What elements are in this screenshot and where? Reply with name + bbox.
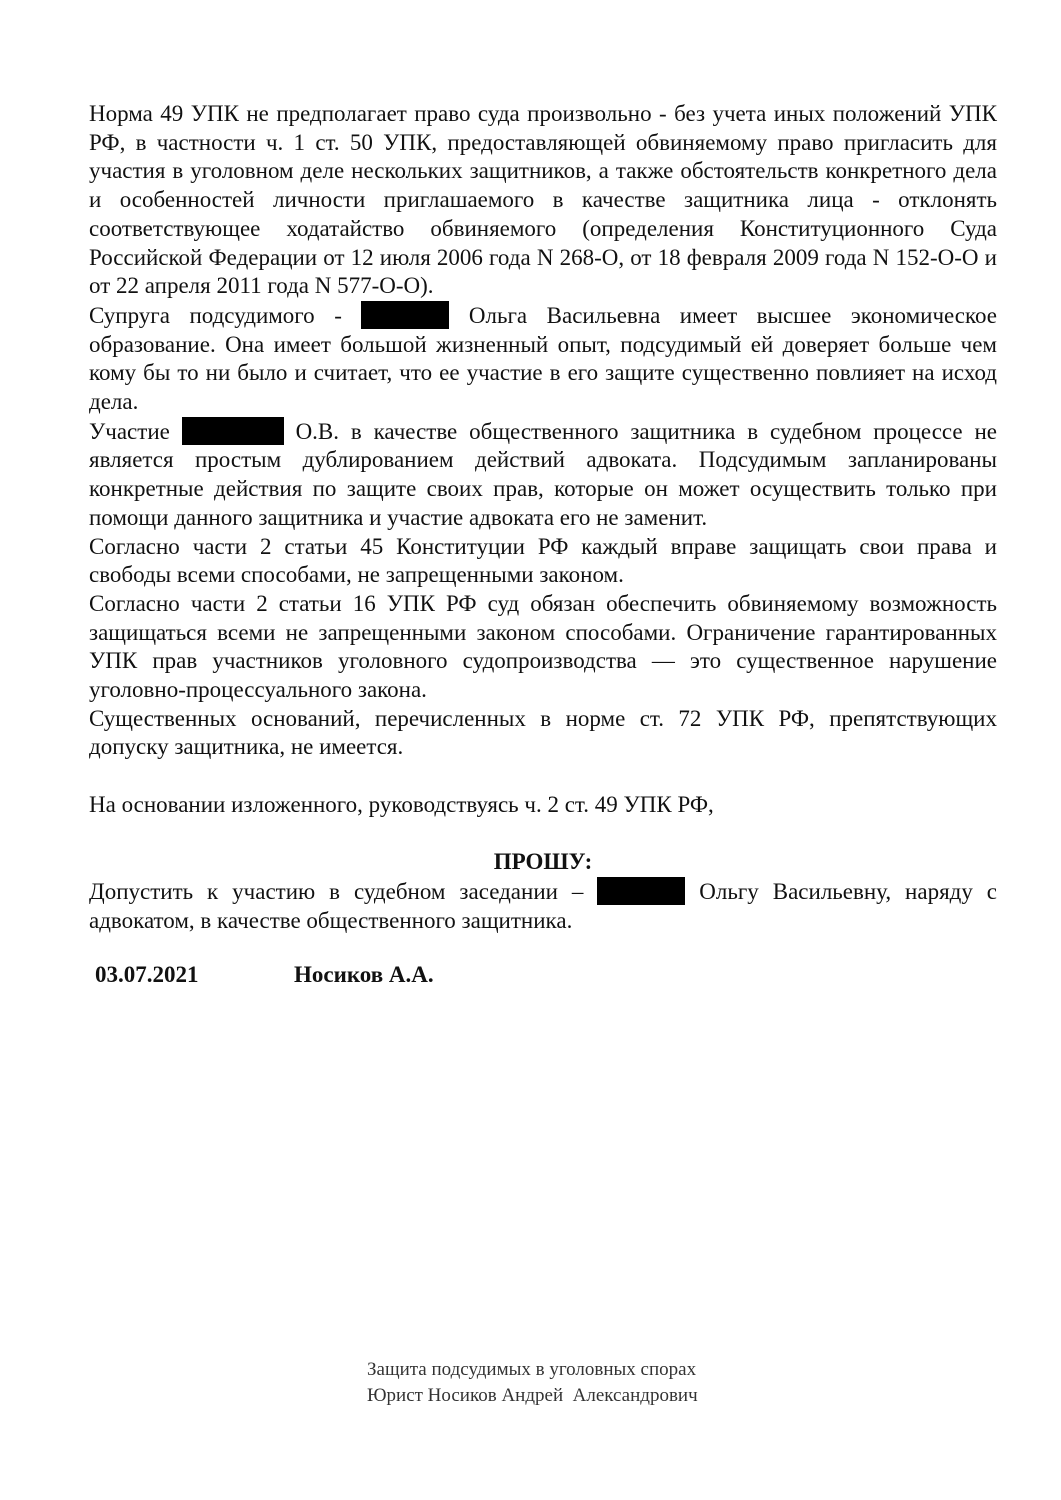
signature-date: 03.07.2021: [95, 962, 199, 988]
paragraph-norm-49: Норма 49 УПК не предполагает право суда …: [89, 100, 997, 301]
document-body: Норма 49 УПК не предполагает право суда …: [89, 100, 997, 935]
footer-line-tagline: Защита подсудимых в уголовных спорах: [367, 1357, 698, 1383]
paragraph-spouse: Супруга подсудимого - Ольга Васильевна и…: [89, 301, 997, 417]
spacer: [89, 820, 997, 849]
paragraph-spouse-start: Супруга подсудимого -: [89, 303, 361, 328]
redacted-surname: [597, 877, 685, 905]
paragraph-upk-72: Существенных оснований, перечисленных в …: [89, 705, 997, 762]
paragraph-participation-start: Участие: [89, 419, 182, 444]
paragraph-participation: Участие О.В. в качестве общественного за…: [89, 417, 997, 533]
paragraph-request-start: Допустить к участию в судебном заседании…: [89, 879, 597, 904]
paragraph-request: Допустить к участию в судебном заседании…: [89, 877, 997, 935]
footer-line-author: Юрист Носиков Андрей Александрович: [367, 1383, 698, 1409]
document-page: Норма 49 УПК не предполагает право суда …: [0, 0, 1061, 1500]
redacted-surname: [182, 417, 284, 445]
paragraph-constitution-45: Согласно части 2 статьи 45 Конституции Р…: [89, 533, 997, 590]
paragraph-basis: На основании изложенного, руководствуясь…: [89, 791, 997, 820]
redacted-surname: [361, 301, 449, 329]
signature-name: Носиков А.А.: [294, 962, 434, 988]
request-heading: ПРОШУ:: [89, 848, 997, 877]
paragraph-upk-16: Согласно части 2 статьи 16 УПК РФ суд об…: [89, 590, 997, 705]
spacer: [89, 762, 997, 791]
footer-watermark: Защита подсудимых в уголовных спорах Юри…: [367, 1357, 698, 1409]
